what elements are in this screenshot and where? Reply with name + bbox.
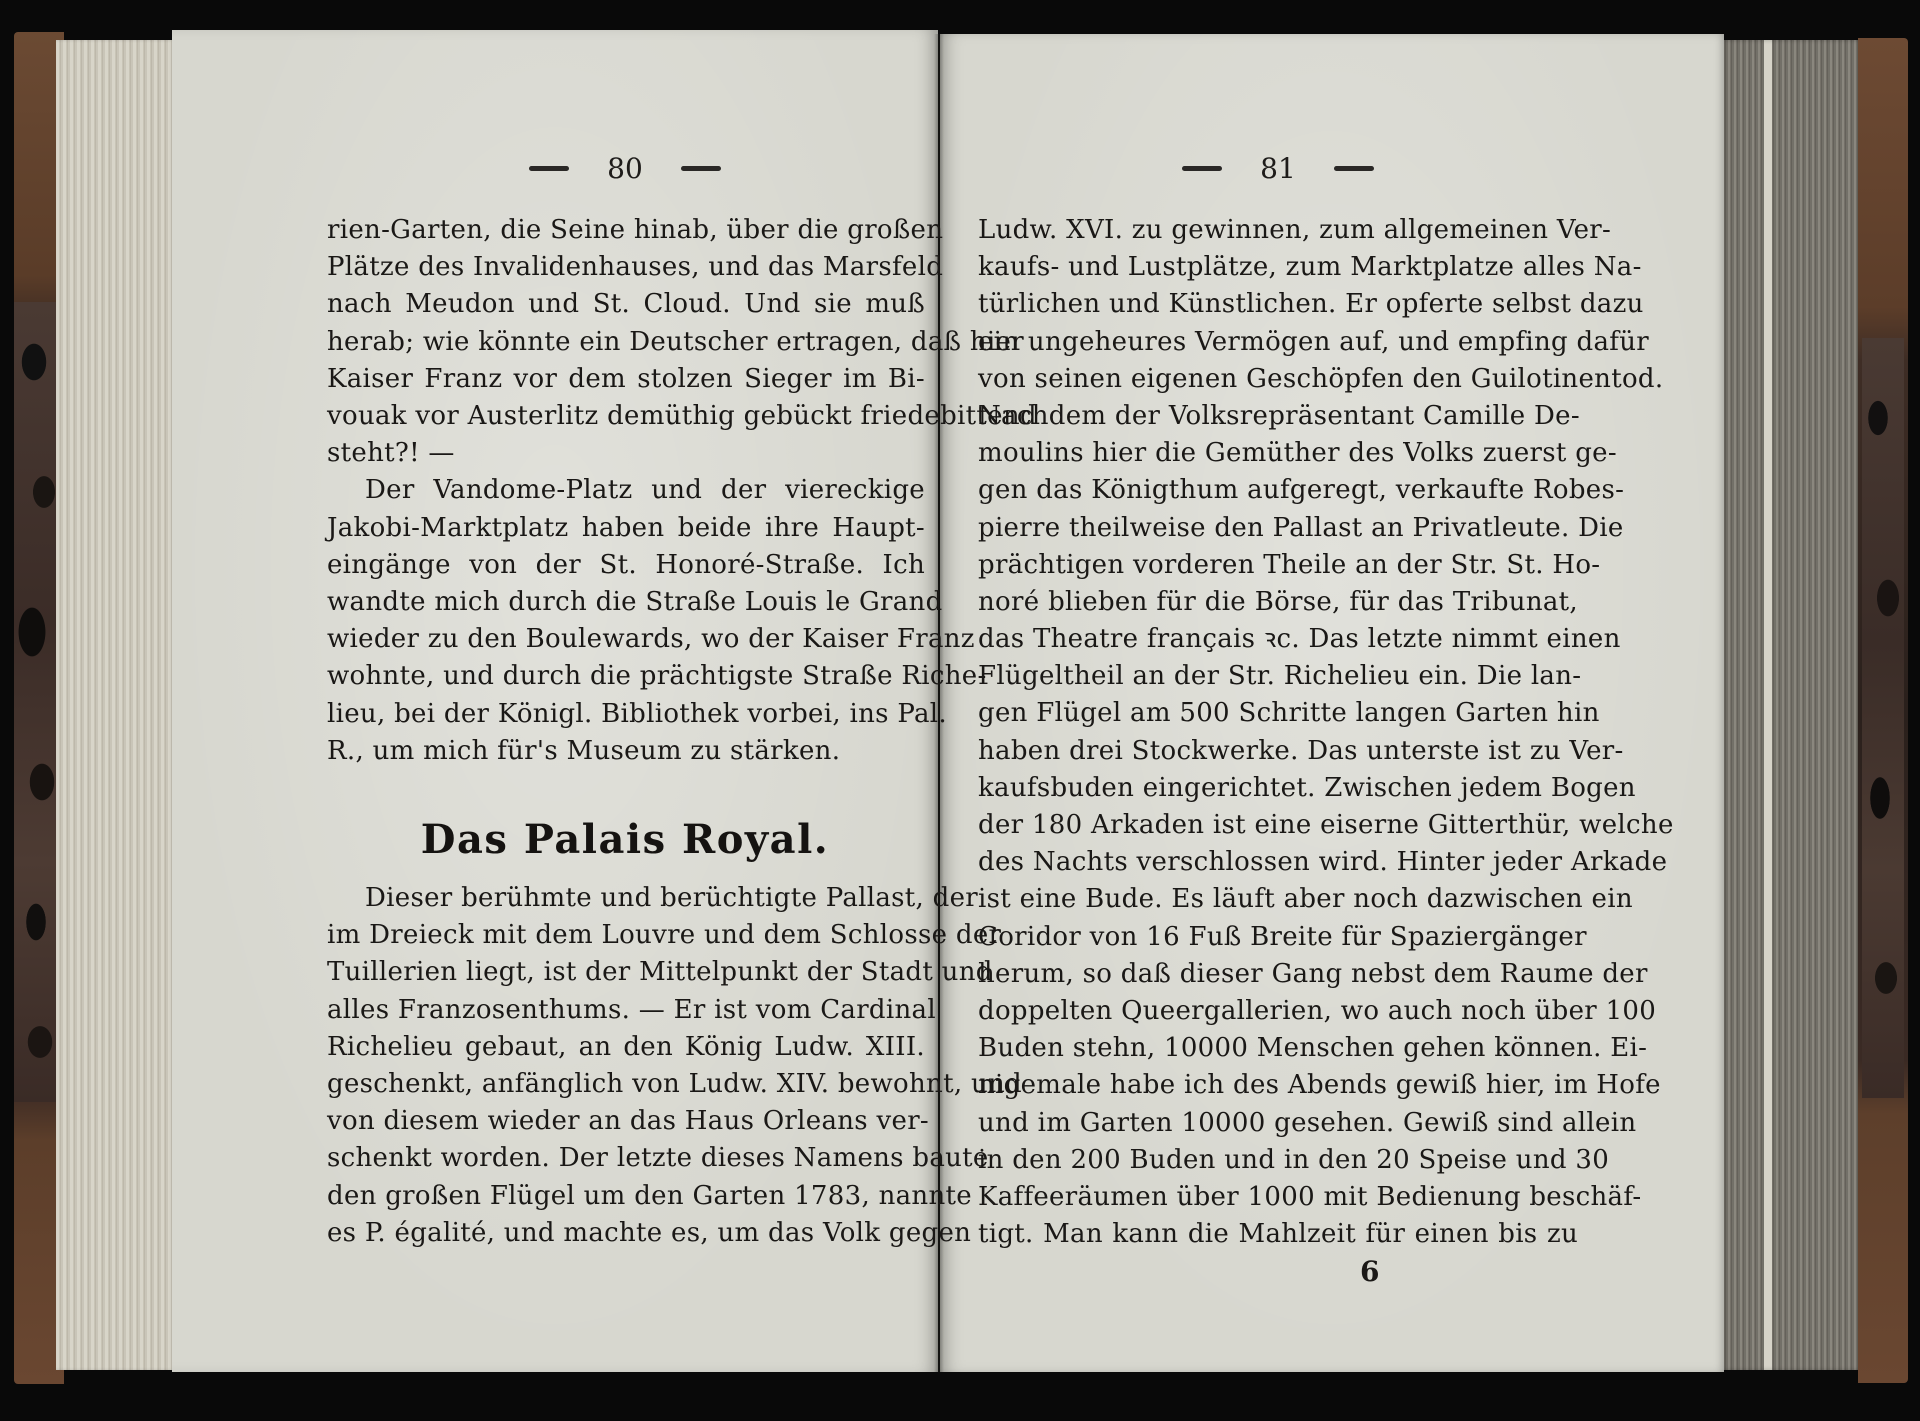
text-line: von seinen eigenen Geschöpfen den Guilot… (978, 361, 1578, 398)
text-line: doppelten Queergallerien, wo auch noch ü… (978, 993, 1578, 1030)
running-head-dash-left (1182, 166, 1222, 171)
text-line: kaufs- und Lustplätze, zum Marktplatze a… (978, 249, 1578, 286)
text-line: ein ungeheures Vermögen auf, und empfing… (978, 324, 1578, 361)
text-line: Coridor von 16 Fuß Breite für Spaziergän… (978, 919, 1578, 956)
signature-mark: 6 (1360, 1255, 1379, 1288)
left-page-stack (56, 40, 174, 1370)
text-line: von diesem wieder an das Haus Orleans ve… (327, 1103, 925, 1140)
text-line: haben drei Stockwerke. Das unterste ist … (978, 733, 1578, 770)
running-head-dash-right (1334, 166, 1374, 171)
text-line: alles Franzosenthums. — Er ist vom Cardi… (327, 992, 925, 1029)
text-line: tigt. Man kann die Mahlzeit für einen bi… (978, 1216, 1578, 1253)
text-line: Flügeltheil an der Str. Richelieu ein. D… (978, 658, 1578, 695)
text-line: Der Vandome-Platz und der viereckige (327, 472, 925, 509)
text-line: türlichen und Künstlichen. Er opferte se… (978, 286, 1578, 323)
text-line: moulins hier die Gemüther des Volks zuer… (978, 435, 1578, 472)
text-line: gen Flügel am 500 Schritte langen Garten… (978, 695, 1578, 732)
text-line: Nachdem der Volksrepräsentant Camille De… (978, 398, 1578, 435)
text-line: Dieser berühmte und berüchtigte Pallast,… (327, 880, 925, 917)
right-running-head: 81 (978, 150, 1578, 186)
section-heading: Das Palais Royal. (325, 816, 925, 863)
text-line: prächtigen vorderen Theile an der Str. S… (978, 547, 1578, 584)
text-line: vouak vor Austerlitz demüthig gebückt fr… (327, 398, 925, 435)
text-line: es P. égalité, und machte es, um das Vol… (327, 1215, 925, 1252)
running-head-dash-right (681, 166, 721, 171)
text-line: im Dreieck mit dem Louvre und dem Schlos… (327, 917, 925, 954)
text-line: R., um mich für's Museum zu stärken. (327, 733, 925, 770)
text-line: Kaffeeräumen über 1000 mit Bedienung bes… (978, 1179, 1578, 1216)
text-line: der 180 Arkaden ist eine eiserne Gittert… (978, 807, 1578, 844)
text-line: eingänge von der St. Honoré-Straße. Ich (327, 547, 925, 584)
text-line: nigemale habe ich des Abends gewiß hier,… (978, 1067, 1578, 1104)
text-line: ist eine Bude. Es läuft aber noch dazwis… (978, 881, 1578, 918)
text-line: des Nachts verschlossen wird. Hinter jed… (978, 844, 1578, 881)
text-line: wohnte, und durch die prächtigste Straße… (327, 658, 925, 695)
text-line: steht?! — (327, 435, 925, 472)
text-line: rien-Garten, die Seine hinab, über die g… (327, 212, 925, 249)
right-page-number: 81 (1260, 152, 1296, 185)
text-line: Jakobi-Marktplatz haben beide ihre Haupt… (327, 510, 925, 547)
left-running-head: 80 (325, 150, 925, 186)
text-line: Tuillerien liegt, ist der Mittelpunkt de… (327, 954, 925, 991)
right-page-stack (1722, 40, 1858, 1370)
left-paragraph-3: Dieser berühmte und berüchtigte Pallast,… (327, 880, 925, 1252)
left-paragraph-2: Der Vandome-Platz und der viereckige Jak… (327, 472, 925, 770)
text-line: Kaiser Franz vor dem stolzen Sieger im B… (327, 361, 925, 398)
left-page-number: 80 (607, 152, 643, 185)
right-cover-board (1858, 38, 1908, 1383)
text-line: herab; wie könnte ein Deutscher ertragen… (327, 324, 925, 361)
text-line: in den 200 Buden und in den 20 Speise un… (978, 1142, 1578, 1179)
text-line: wandte mich durch die Straße Louis le Gr… (327, 584, 925, 621)
text-line: das Theatre français ꝛc. Das letzte nimm… (978, 621, 1578, 658)
text-line: herum, so daß dieser Gang nebst dem Raum… (978, 956, 1578, 993)
text-line: lieu, bei der Königl. Bibliothek vorbei,… (327, 696, 925, 733)
text-line: pierre theilweise den Pallast an Privatl… (978, 510, 1578, 547)
text-line: Plätze des Invalidenhauses, und das Mars… (327, 249, 925, 286)
text-line: den großen Flügel um den Garten 1783, na… (327, 1178, 925, 1215)
text-line: kaufsbuden eingerichtet. Zwischen jedem … (978, 770, 1578, 807)
text-line: geschenkt, anfänglich von Ludw. XIV. bew… (327, 1066, 925, 1103)
text-line: schenkt worden. Der letzte dieses Namens… (327, 1140, 925, 1177)
text-line: Ludw. XVI. zu gewinnen, zum allgemeinen … (978, 212, 1578, 249)
text-line: noré blieben für die Börse, für das Trib… (978, 584, 1578, 621)
left-paragraph-1: rien-Garten, die Seine hinab, über die g… (327, 212, 925, 472)
text-line: wieder zu den Boulewards, wo der Kaiser … (327, 621, 925, 658)
text-line: Richelieu gebaut, an den König Ludw. XII… (327, 1029, 925, 1066)
right-page-body: Ludw. XVI. zu gewinnen, zum allgemeinen … (978, 212, 1578, 1253)
text-line: gen das Königthum aufgeregt, verkaufte R… (978, 472, 1578, 509)
marbled-paper-right (1862, 338, 1904, 1098)
text-line: nach Meudon und St. Cloud. Und sie muß (327, 286, 925, 323)
running-head-dash-left (529, 166, 569, 171)
text-line: Buden stehn, 10000 Menschen gehen können… (978, 1030, 1578, 1067)
text-line: und im Garten 10000 gesehen. Gewiß sind … (978, 1105, 1578, 1142)
